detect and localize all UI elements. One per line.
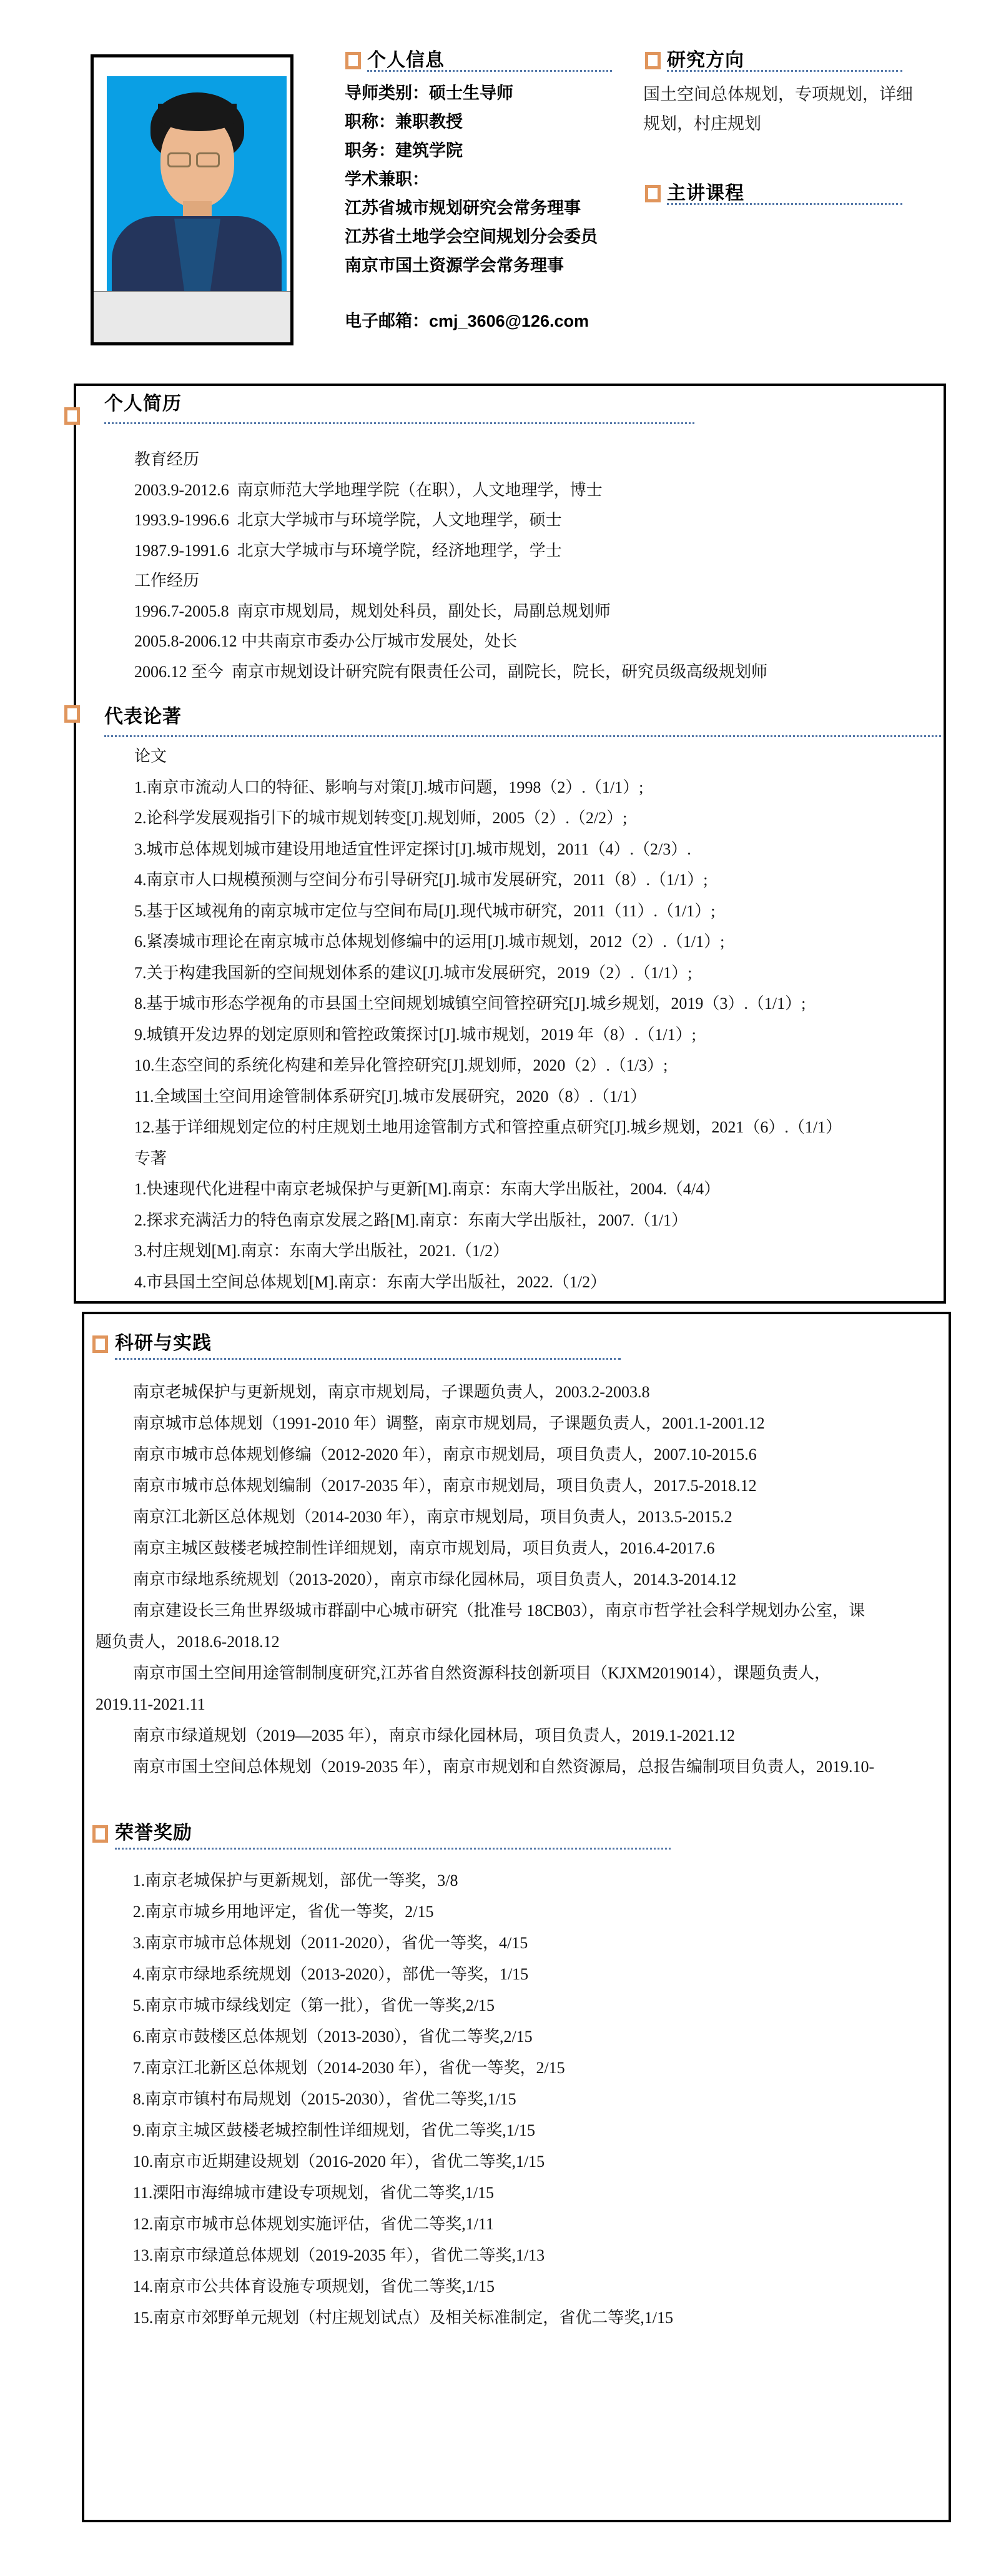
practice-item: 南京建设长三角世界级城市群副中心城市研究（批准号 18CB03），南京市哲学社会…	[96, 1595, 940, 1658]
publication-line: 11.全域国土空间用途管制体系研究[J].城市发展研究，2020（8）.（1/1…	[102, 1081, 932, 1112]
personal-info-lines: 导师类别：硕士生导师职称：兼职教授职务：建筑学院学术兼职：江苏省城市规划研究会常…	[345, 79, 598, 280]
personal-info-line: 江苏省城市规划研究会常务理事	[345, 194, 598, 222]
publication-line: 3.村庄规划[M].南京：东南大学出版社，2021.（1/2）	[102, 1236, 932, 1267]
publication-line: 6.紧凑城市理论在南京城市总体规划修编中的运用[J].城市规划，2012（2）.…	[102, 926, 932, 958]
resume-title: 个人简历	[104, 394, 182, 415]
honor-item: 7.南京江北新区总体规划（2014-2030 年），省优一等奖，2/15	[96, 2053, 940, 2084]
email-text: 电子邮箱：cmj_3606@126.com	[345, 307, 589, 332]
resume-line: 2005.8-2006.12 中共南京市委办公厅城市发展处，处长	[102, 627, 923, 657]
profile-photo	[91, 54, 293, 345]
personal-info-header: 个人信息	[345, 50, 445, 71]
resume-line: 教育经历	[102, 445, 923, 475]
dotted-divider	[104, 422, 694, 424]
section-marker-icon	[645, 52, 661, 69]
glasses-icon	[167, 152, 227, 169]
practice-item: 南京老城保护与更新规划，南京市规划局，子课题负责人，2003.2-2003.8	[96, 1377, 940, 1408]
publication-line: 1.快速现代化进程中南京老城保护与更新[M].南京：东南大学出版社，2004.（…	[102, 1174, 932, 1205]
honor-item: 10.南京市近期建设规划（2016-2020 年），省优二等奖,1/15	[96, 2146, 940, 2177]
honor-item: 3.南京市城市总体规划（2011-2020），省优一等奖，4/15	[96, 1928, 940, 1959]
practice-item: 南京市国土空间用途管制制度研究,江苏省自然资源科技创新项目（KJXM201901…	[96, 1658, 940, 1720]
publication-line: 12.基于详细规划定位的村庄规划土地用途管制方式和管控重点研究[J].城乡规划，…	[102, 1112, 932, 1143]
practice-item: 南京市城市总体规划修编（2012-2020 年），南京市规划局，项目负责人，20…	[96, 1439, 940, 1470]
resume-line: 工作经历	[102, 566, 923, 597]
personal-info-line: 职务：建筑学院	[345, 136, 598, 165]
dotted-divider	[115, 1848, 671, 1850]
publication-line: 5.基于区域视角的南京城市定位与空间布局[J].现代城市研究，2011（11）.…	[102, 896, 932, 927]
photo-caption	[94, 291, 290, 342]
practice-honors-box: 科研与实践 南京老城保护与更新规划，南京市规划局，子课题负责人，2003.2-2…	[82, 1312, 951, 2522]
practice-item: 南京市绿地系统规划（2013-2020），南京市绿化园林局，项目负责人，2014…	[96, 1564, 940, 1595]
honor-item: 5.南京市城市绿线划定（第一批），省优一等奖,2/15	[96, 1990, 940, 2021]
portrait-illustration	[107, 76, 287, 292]
honor-item: 8.南京市镇村布局规划（2015-2030），省优二等奖,1/15	[96, 2084, 940, 2115]
personal-info-line: 学术兼职：	[345, 165, 598, 194]
dotted-divider	[115, 1358, 621, 1360]
practice-item: 南京主城区鼓楼老城控制性详细规划，南京市规划局，项目负责人，2016.4-201…	[96, 1533, 940, 1564]
dotted-divider	[667, 203, 902, 205]
dotted-divider	[104, 735, 941, 737]
publication-line: 7.关于构建我国新的空间规划体系的建议[J].城市发展研究，2019（2）.（1…	[102, 958, 932, 989]
resume-publications-box: 个人简历 教育经历2003.9-2012.6 南京师范大学地理学院（在职），人文…	[74, 384, 946, 1304]
personal-info-line: 南京市国土资源学会常务理事	[345, 251, 598, 280]
publications-title: 代表论著	[104, 706, 182, 728]
resume-line: 2003.9-2012.6 南京师范大学地理学院（在职），人文地理学，博士	[102, 475, 923, 506]
section-marker-icon	[645, 185, 661, 202]
publication-line: 4.市县国土空间总体规划[M].南京：东南大学出版社，2022.（1/2）	[102, 1267, 932, 1298]
publication-line: 论文	[102, 741, 932, 772]
faculty-profile-page: 个人信息 导师类别：硕士生导师职称：兼职教授职务：建筑学院学术兼职：江苏省城市规…	[0, 0, 991, 2576]
publication-line: 10.生态空间的系统化构建和差异化管控研究[J].规划师，2020（2）.（1/…	[102, 1050, 932, 1081]
honor-item: 4.南京市绿地系统规划（2013-2020），部优一等奖，1/15	[96, 1959, 940, 1990]
personal-info-title: 个人信息	[367, 50, 445, 71]
practice-item: 南京城市总体规划（1991-2010 年）调整，南京市规划局，子课题负责人，20…	[96, 1408, 940, 1439]
honor-item: 6.南京市鼓楼区总体规划（2013-2030），省优二等奖,2/15	[96, 2021, 940, 2053]
resume-line: 1987.9-1991.6 北京大学城市与环境学院，经济地理学，学士	[102, 536, 923, 567]
section-marker-icon	[92, 1825, 108, 1843]
publication-line: 2.论科学发展观指引下的城市规划转变[J].规划师，2005（2）.（2/2）;	[102, 803, 932, 834]
research-direction-header: 研究方向	[645, 50, 744, 71]
honor-item: 14.南京市公共体育设施专项规划，省优二等奖,1/15	[96, 2271, 940, 2302]
research-direction-title: 研究方向	[667, 50, 744, 71]
section-marker-icon	[345, 52, 361, 69]
resume-list: 教育经历2003.9-2012.6 南京师范大学地理学院（在职），人文地理学，博…	[102, 445, 923, 687]
publication-line: 3.城市总体规划城市建设用地适宜性评定探讨[J].城市规划，2011（4）.（2…	[102, 834, 932, 865]
honor-item: 15.南京市郊野单元规划（村庄规划试点）及相关标准制定，省优二等奖,1/15	[96, 2302, 940, 2334]
honors-list: 1.南京老城保护与更新规划，部优一等奖，3/82.南京市城乡用地评定，省优一等奖…	[96, 1865, 940, 2334]
practice-item: 南京市国土空间总体规划（2019-2035 年），南京市规划和自然资源局，总报告…	[96, 1751, 940, 1783]
publication-line: 专著	[102, 1143, 932, 1174]
research-practice-list: 南京老城保护与更新规划，南京市规划局，子课题负责人，2003.2-2003.8南…	[96, 1377, 940, 1783]
resume-line: 1996.7-2005.8 南京市规划局，规划处科员，副处长，局副总规划师	[102, 597, 923, 627]
research-direction-text: 国土空间总体规划，专项规划，详细规划，村庄规划	[643, 80, 919, 139]
section-marker-icon	[64, 705, 80, 723]
publication-line: 4.南京市人口规模预测与空间分布引导研究[J].城市发展研究，2011（8）.（…	[102, 864, 932, 896]
resume-line: 2006.12 至今 南京市规划设计研究院有限责任公司，副院长，院长，研究员级高…	[102, 657, 923, 688]
honor-item: 1.南京老城保护与更新规划，部优一等奖，3/8	[96, 1865, 940, 1896]
publication-line: 8.基于城市形态学视角的市县国土空间规划城镇空间管控研究[J].城乡规划，201…	[102, 988, 932, 1019]
section-marker-icon	[64, 407, 80, 425]
section-marker-icon	[92, 1335, 108, 1353]
practice-item: 南京江北新区总体规划（2014-2030 年），南京市规划局，项目负责人，201…	[96, 1502, 940, 1533]
personal-info-line: 导师类别：硕士生导师	[345, 79, 598, 107]
personal-info-line: 职称：兼职教授	[345, 107, 598, 136]
dotted-divider	[667, 70, 902, 72]
honor-item: 9.南京主城区鼓楼老城控制性详细规划，省优二等奖,1/15	[96, 2115, 940, 2146]
courses-header: 主讲课程	[645, 183, 744, 204]
honors-title: 荣誉奖励	[115, 1823, 192, 1844]
honor-item: 12.南京市城市总体规划实施评估，省优二等奖,1/11	[96, 2209, 940, 2240]
dotted-divider	[367, 70, 612, 72]
research-practice-title: 科研与实践	[115, 1333, 212, 1354]
publication-line: 9.城镇开发边界的划定原则和管控政策探讨[J].城市规划，2019 年（8）.（…	[102, 1019, 932, 1051]
portrait-fringe	[158, 104, 237, 131]
publications-list: 论文1.南京市流动人口的特征、影响与对策[J].城市问题，1998（2）.（1/…	[102, 741, 932, 1297]
practice-item: 南京市绿道规划（2019—2035 年），南京市绿化园林局，项目负责人，2019…	[96, 1720, 940, 1751]
publication-line: 2.探求充满活力的特色南京发展之路[M].南京：东南大学出版社，2007.（1/…	[102, 1205, 932, 1236]
honor-item: 2.南京市城乡用地评定，省优一等奖，2/15	[96, 1896, 940, 1928]
courses-title: 主讲课程	[667, 183, 744, 204]
personal-info-line: 江苏省土地学会空间规划分会委员	[345, 222, 598, 251]
publication-line: 1.南京市流动人口的特征、影响与对策[J].城市问题，1998（2）.（1/1）…	[102, 772, 932, 803]
honor-item: 11.溧阳市海绵城市建设专项规划，省优二等奖,1/15	[96, 2177, 940, 2209]
resume-line: 1993.9-1996.6 北京大学城市与环境学院，人文地理学，硕士	[102, 505, 923, 536]
practice-item: 南京市城市总体规划编制（2017-2035 年），南京市规划局，项目负责人，20…	[96, 1470, 940, 1502]
honor-item: 13.南京市绿道总体规划（2019-2035 年），省优二等奖,1/13	[96, 2240, 940, 2271]
